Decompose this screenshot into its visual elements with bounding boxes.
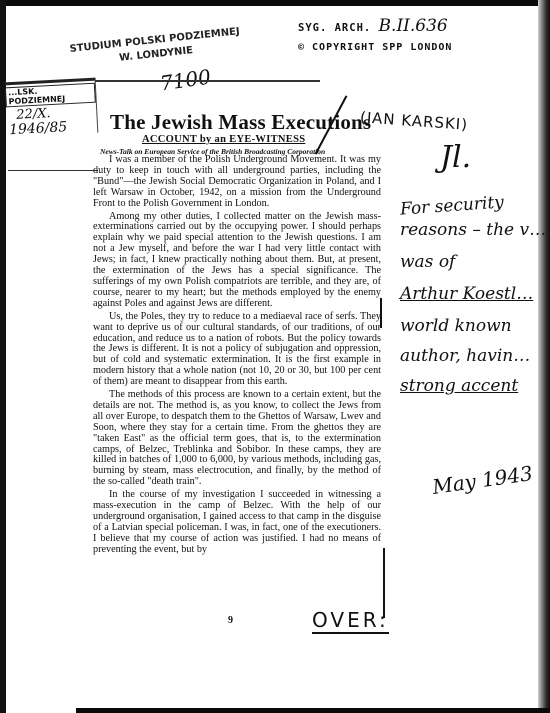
archive-reference-prefix: SYG. ARCH. (298, 22, 371, 34)
header-rule (95, 80, 320, 82)
handwritten-initials: Jl. (440, 140, 471, 175)
copyright-stamp: © COPYRIGHT SPP LONDON (298, 42, 452, 53)
document-body: I was a member of the Polish Underground… (93, 155, 381, 558)
margin-note-line: strong accent (400, 376, 518, 396)
receipt-stamp-header: ...LSK. PODZIEMNEJ (5, 83, 96, 108)
paragraph: Among my other duties, I collected matte… (93, 212, 381, 310)
scan-top-border (0, 0, 550, 6)
margin-note-line: author, havin… (400, 346, 530, 366)
paragraph: In the course of my investigation I succ… (93, 490, 381, 555)
paragraph: Us, the Poles, they try to reduce to a m… (93, 312, 381, 388)
handwritten-date: May 1943 (431, 461, 534, 499)
margin-note-line: world known (400, 316, 512, 336)
handwritten-over: OVER: (312, 608, 389, 634)
margin-note-line: Arthur Koestl… (400, 284, 533, 304)
margin-note-line: For security (399, 192, 504, 219)
margin-note-line: was of (400, 252, 455, 272)
paragraph: The methods of this process are known to… (93, 390, 381, 488)
stamp-rule (8, 170, 98, 171)
handwritten-author-name: (JAN KARSKI) (360, 108, 469, 134)
document-subtitle: ACCOUNT by an EYE-WITNESS (142, 134, 305, 145)
scan-right-edge-shadow (538, 0, 550, 713)
archive-reference-handwritten: B.II.636 (379, 16, 448, 36)
margin-note-line: reasons – the v… (400, 220, 546, 240)
institution-stamp: STUDIUM POLSKI PODZIEMNEJ W. LONDYNIE (69, 25, 242, 71)
paragraph: I was a member of the Polish Underground… (93, 155, 381, 210)
margin-mark (380, 298, 382, 328)
document-subtitle-text: ACCOUNT by an EYE-WITNESS (142, 134, 305, 145)
archive-reference: SYG. ARCH. B.II.636 (298, 16, 448, 36)
receipt-stamp-number: 1946/85 (9, 118, 98, 139)
scan-bottom-border (76, 708, 550, 713)
page-number: 9 (228, 615, 233, 626)
receipt-stamp: ...LSK. PODZIEMNEJ 22/X. 1946/85 (5, 78, 99, 138)
